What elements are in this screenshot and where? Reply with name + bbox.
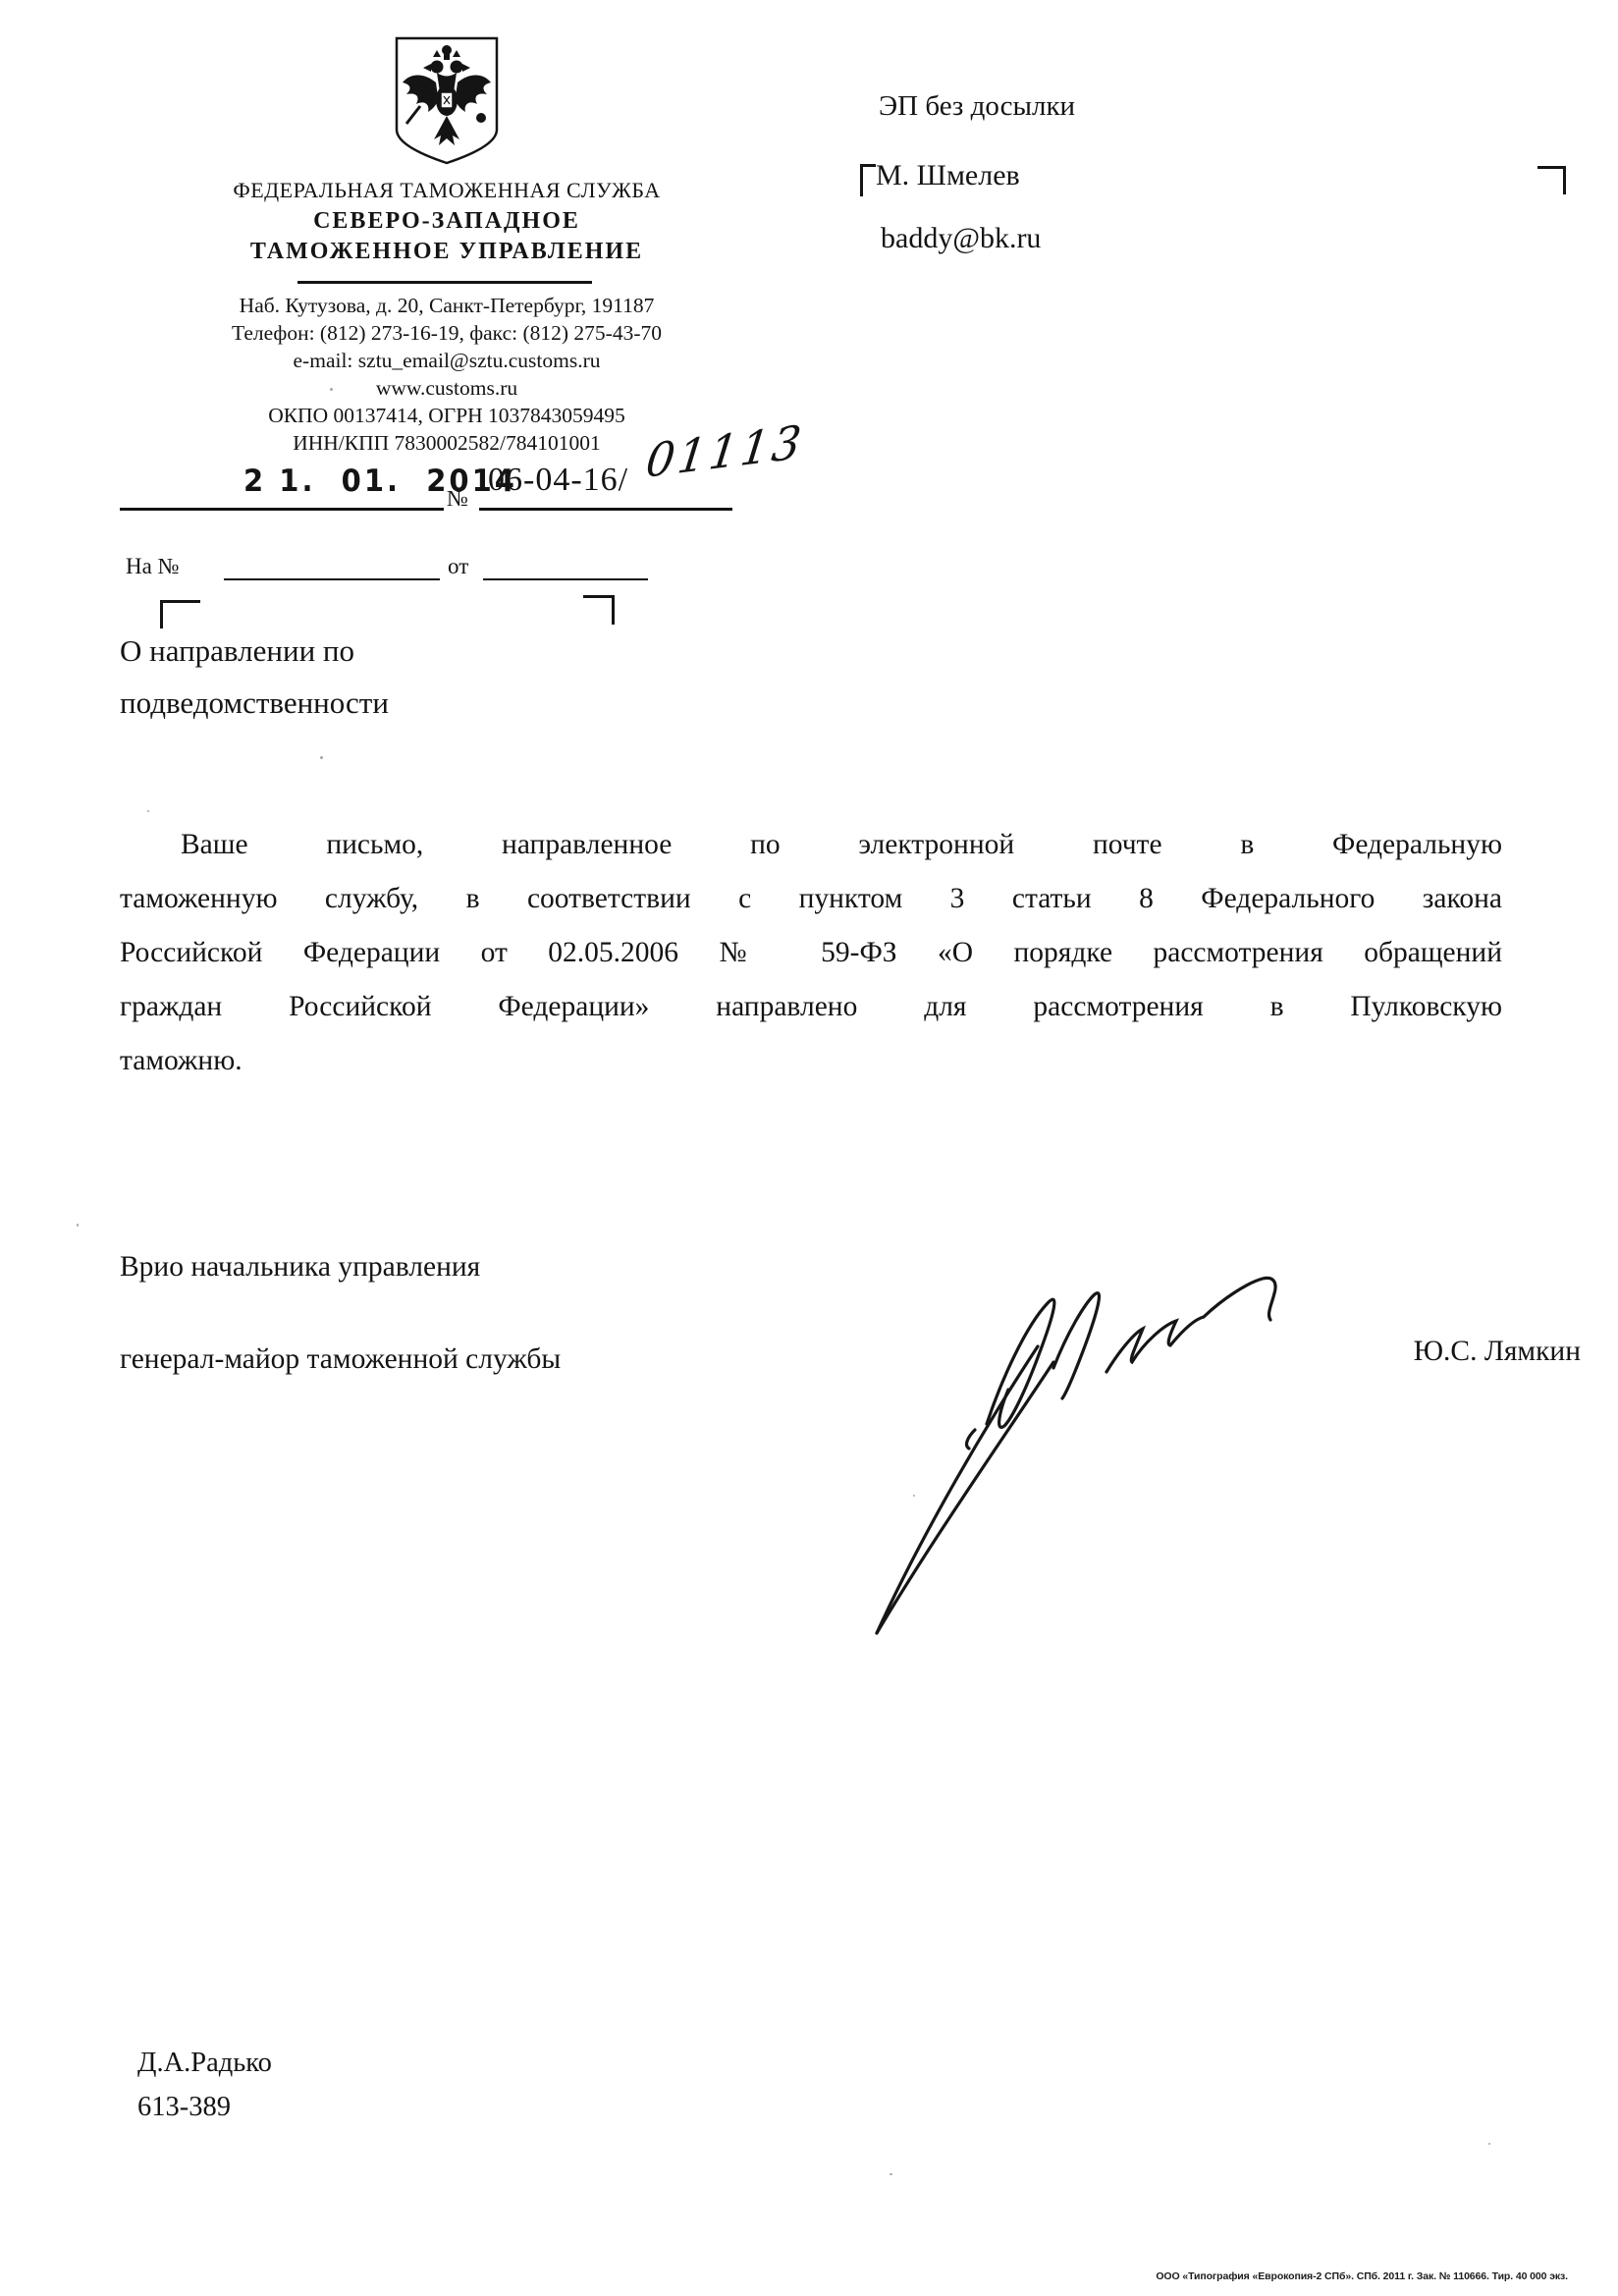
scan-speck	[330, 388, 333, 391]
scan-speck	[77, 1224, 79, 1227]
outgoing-number-typed: 06-04-16/	[488, 462, 628, 499]
email-line: e-mail: sztu_email@sztu.customs.ru	[128, 347, 766, 374]
signer-name: Ю.С. Лямкин	[1335, 1336, 1581, 1368]
subject-corner-mark-right	[583, 595, 615, 625]
number-sign-label: №	[447, 486, 468, 512]
okpo-ogrn: ОКПО 00137414, ОГРН 1037843059495	[128, 402, 766, 429]
recipient-email: baddy@bk.ru	[881, 222, 1041, 255]
subject-line2: подведомственности	[120, 677, 670, 729]
scan-speck	[890, 2173, 892, 2175]
incoming-number-blank	[224, 578, 440, 580]
handwritten-signature-icon	[830, 1223, 1301, 1650]
signer-position-line1: Врио начальника управления	[120, 1251, 480, 1284]
body-line: Российской Федерации от 02.05.2006 № 59-…	[120, 926, 1502, 980]
website-line: www.customs.ru	[128, 374, 766, 402]
body-line: граждан Российской Федерации» направлено…	[120, 980, 1502, 1034]
recipient-name: М. Шмелев	[876, 159, 1020, 192]
print-shop-note: ООО «Типография «Еврокопия-2 СПб». СПб. …	[1156, 2270, 1568, 2282]
scanned-letter-page: ФЕДЕРАЛЬНАЯ ТАМОЖЕННАЯ СЛУЖБА СЕВЕРО-ЗАП…	[0, 0, 1618, 2296]
body-line: таможенную службу, в соответствии с пунк…	[120, 872, 1502, 926]
scan-speck	[320, 756, 323, 759]
subject-line1: О направлении по	[120, 625, 670, 677]
letterhead-divider	[297, 281, 592, 284]
scan-speck	[147, 810, 149, 812]
scan-speck	[913, 1495, 915, 1497]
subject-heading: О направлении по подведомственности	[120, 625, 670, 729]
executor-phone: 613-389	[137, 2085, 272, 2129]
phone-fax: Телефон: (812) 273-16-19, факс: (812) 27…	[128, 319, 766, 347]
office-name-line1: СЕВЕРО-ЗАПАДНОЕ	[152, 208, 741, 235]
office-name-line2: ТАМОЖЕННОЕ УПРАВЛЕНИЕ	[152, 239, 741, 265]
body-line: Ваше письмо, направленное по электронной…	[120, 818, 1502, 872]
number-underline	[479, 508, 732, 511]
date-underline	[120, 508, 444, 511]
agency-name: ФЕДЕРАЛЬНАЯ ТАМОЖЕННАЯ СЛУЖБА	[152, 178, 741, 203]
body-paragraph: Ваше письмо, направленное по электронной…	[120, 818, 1502, 1088]
date-stamp: 2 1. 01. 2014	[243, 463, 517, 499]
coat-of-arms-icon	[391, 35, 503, 166]
scan-speck	[1488, 2143, 1490, 2145]
recipient-corner-mark-left	[860, 164, 876, 196]
executor-name: Д.А.Радько	[137, 2041, 272, 2085]
incoming-date-blank	[483, 578, 648, 580]
body-line: таможню.	[120, 1034, 1502, 1088]
postal-address: Наб. Кутузова, д. 20, Санкт-Петербург, 1…	[128, 292, 766, 319]
incoming-number-label: На №	[126, 554, 180, 579]
delivery-method-note: ЭП без досылки	[879, 90, 1075, 123]
incoming-from-label: от	[448, 554, 468, 579]
recipient-corner-mark-right	[1537, 166, 1566, 194]
signer-position-line2: генерал-майор таможенной службы	[120, 1343, 561, 1376]
executor-block: Д.А.Радько 613-389	[137, 2041, 272, 2129]
